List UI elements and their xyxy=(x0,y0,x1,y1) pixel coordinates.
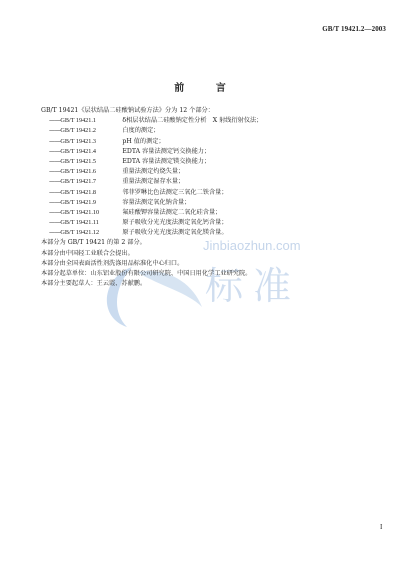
part-item: ——GB/T 19421.10氟硅酸钾容量法测定二氧化硅含量； xyxy=(41,208,386,218)
intro-line: GB/T 19421《层状结晶二硅酸钠试验方法》分为 12 个部分： xyxy=(41,106,386,116)
note-line: 本部分由全国表面活性剂洗涤用品标准化中心归口。 xyxy=(41,259,386,269)
part-item: ——GB/T 19421.12原子吸收分光光度法测定氧化镁含量。 xyxy=(41,228,386,238)
part-item: ——GB/T 19421.4EDTA 容量法测定钙交换能力； xyxy=(41,147,386,157)
part-item: ——GB/T 19421.6重量法测定灼烧失量； xyxy=(41,167,386,177)
part-item: ——GB/T 19421.1δ相层状结晶二硅酸钠定性分析 X 射线衍射仪法； xyxy=(41,116,386,126)
part-item: ——GB/T 19421.3pH 值的测定； xyxy=(41,137,386,147)
part-item: ——GB/T 19421.8邻菲罗啉比色法测定三氧化二铁含量； xyxy=(41,188,386,198)
page-number: I xyxy=(380,523,382,531)
note-line: 本部分为 GB/T 19421 的第 2 部分。 xyxy=(41,238,386,248)
part-item: ——GB/T 19421.2白度的测定； xyxy=(41,126,386,136)
note-line: 本部分由中国轻工业联合会提出。 xyxy=(41,249,386,259)
part-item: ——GB/T 19421.7重量法测定湿存水量； xyxy=(41,177,386,187)
part-item: ——GB/T 19421.9容量法测定氧化钠含量； xyxy=(41,198,386,208)
foreword-body: GB/T 19421《层状结晶二硅酸钠试验方法》分为 12 个部分： ——GB/… xyxy=(41,106,386,289)
note-line: 本部分主要起草人：王云霞、苏献鹏。 xyxy=(41,279,386,289)
part-item: ——GB/T 19421.11原子吸收分光光度法测定氧化钙含量； xyxy=(41,218,386,228)
part-item: ——GB/T 19421.5EDTA 容量法测定镁交换能力； xyxy=(41,157,386,167)
note-line: 本部分起草单位：山东铝业股份有限公司研究院、中国日用化学工业研究院。 xyxy=(41,269,386,279)
page-title: 前 言 xyxy=(0,79,400,94)
standard-number: GB/T 19421.2—2003 xyxy=(322,25,386,33)
